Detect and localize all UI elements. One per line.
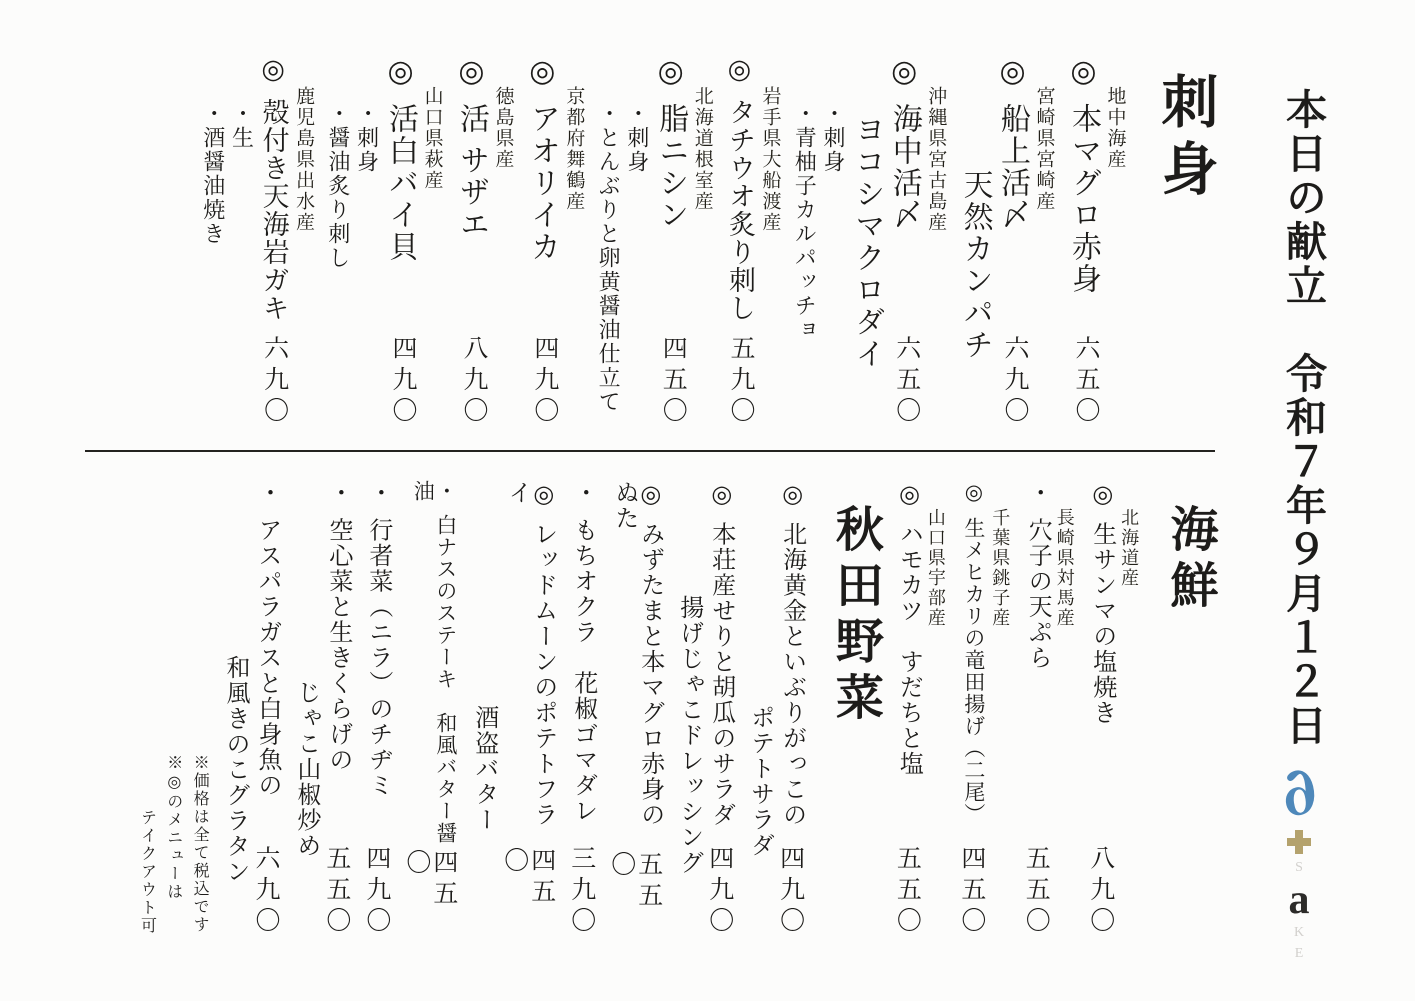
item-origin: 千葉県銚子産 [990,480,1009,938]
item-origin: 鹿児島県出水産 [293,54,314,428]
item-main-line: ◎アオリイカ 四九〇 [525,54,557,428]
item-price: 四九〇 [384,335,416,428]
logo-letter-a: a [1289,882,1310,920]
item-name: アオリイカ [526,103,559,263]
item-sub-option: ・刺身 [625,54,649,428]
item-name: 殻付き天海岩ガキ [259,98,289,322]
item-name-line2: ポテトサラダ [746,480,772,938]
item-marker: ◎ [962,480,986,505]
item-name-line2: 天然カンパチ [958,54,990,428]
item-price: 三九〇 [568,845,595,938]
item-name: 海中活〆 [888,103,921,231]
item-marker: ◎ [526,54,559,91]
item-marker: ◎ [895,480,921,510]
item-price: 六五〇 [887,335,919,428]
menu-item: 地中海産 ◎本マグロ赤身 六五〇 [1067,54,1125,428]
item-price: 六九〇 [996,335,1028,428]
item-sub-option: ・酒醤油焼き [201,54,225,428]
item-name-line2: 酒盗バター [470,480,496,938]
item-main-line: ◎タチウオ炙り刺し 五九〇 [725,54,754,428]
item-main-line: ◎北海黄金といぶりがっこの 四九〇 [777,480,804,938]
item-marker: ◎ [637,480,663,510]
item-origin: 地中海産 [1104,54,1125,428]
section-title-sashimi: 刺身 [1153,54,1215,428]
menu-item: 北海道根室産 ◎脂ニシン 四五〇 ・刺身 ・とんぶりと卵黄醤油仕立て [596,54,711,428]
menu-item: 長崎県対馬産 ・穴子の天ぷら 五五〇 [1022,480,1073,938]
menu-item: ◎北海黄金といぶりがっこの 四九〇 ポテトサラダ [746,480,804,938]
item-name-line2: 揚げじゃこドレッシング [675,480,701,938]
footnote-takeout-1: ※◎のメニューは [165,754,182,938]
item-marker: ◎ [530,480,556,510]
item-name: 活白バイ貝 [384,103,417,263]
item-price: 五五〇 [608,851,662,938]
section-divider [85,450,1215,452]
item-name-line2: 和風きのこグラタン [221,480,247,938]
item-marker: ・ [434,480,458,502]
item-main-line: ・空心菜と生きくらげの 五五〇 [323,480,350,938]
item-main-line: ・白ナスのステーキ 和風バター醤油 四五〇 [403,480,457,938]
item-price: 五五〇 [1022,845,1049,938]
item-origin: 沖縄県宮古島産 [925,54,946,428]
item-origin: 長崎県対馬産 [1054,480,1073,938]
menu-item: 北海道産 ◎生サンマの塩焼き 八九〇 [1087,480,1138,938]
item-name: 行者菜（ニラ）のチヂミ [365,518,391,799]
item-main-line: ◎みずたまと本マグロ赤身のぬた 五五〇 [608,480,662,938]
item-price: 六九〇 [258,335,287,428]
item-sub-option: ・青柚子カルパッチョ [792,54,816,428]
item-origin: 徳島県産 [492,54,513,428]
menu-item: ◎レッドムーンのポテトフライ 四五〇 酒盗バター [470,480,555,938]
menu-item: 千葉県銚子産 ◎生メヒカリの竜田揚げ（二尾） 四五〇 [958,480,1009,938]
item-main-line: ◎海中活〆 六五〇 [887,54,919,428]
item-name: アスパラガスと白身魚の [254,518,280,799]
logo-letter-e: E [1295,947,1304,961]
item-name: 穴子の天ぷら [1024,518,1050,671]
item-main-line: ・アスパラガスと白身魚の 六九〇 [252,480,279,938]
item-name: レッドムーンのポテトフライ [504,480,556,828]
menu-item: ・もちオクラ 花椒ゴマダレ 三九〇 [568,480,595,938]
item-name: ハモカツ すだちと塩 [895,522,921,777]
menu-item: ・白ナスのステーキ 和風バター醤油 四五〇 [403,480,457,938]
item-marker: ◎ [455,54,488,91]
item-marker: ・ [365,480,391,506]
item-marker: ◎ [654,54,687,91]
item-name: 脂ニシン [654,103,687,231]
menu-item: 山口県萩産 ◎活白バイ貝 四九〇 ・刺身 ・醤油炙り刺し [326,54,441,428]
item-name: タチウオ炙り刺し [725,98,755,322]
item-main-line: ◎活 サザエ 八九〇 [455,54,487,428]
item-main-line: ◎ハモカツ すだちと塩 五五〇 [893,480,920,938]
item-sub-option: ・生 [230,54,254,428]
item-name: 北海黄金といぶりがっこの [779,522,805,828]
menu-page: 本日の献立 令和７年９月１２日 ∂ S a K E 刺身 地中海産 ◎本マグロ赤… [0,0,1415,1001]
item-price: 五五〇 [323,845,350,938]
item-price: 四五〇 [501,847,555,938]
item-marker: ◎ [888,54,921,91]
item-sub-option: ・刺身 [821,54,845,428]
item-main-line: ◎本荘産せりと胡瓜のサラダ 四九〇 [706,480,733,938]
item-name: 本マグロ赤身 [1067,103,1100,295]
item-price: 八九〇 [455,335,487,428]
item-marker: ◎ [725,54,755,86]
item-name: 白ナスのステーキ 和風バター醤油 [411,480,458,844]
item-marker: ◎ [708,480,734,510]
item-price: 六五〇 [1067,335,1099,428]
item-main-line: ◎生メヒカリの竜田揚げ（二尾） 四五〇 [958,480,985,938]
item-origin: 京都府舞鶴産 [563,54,584,428]
item-main-line: ◎活白バイ貝 四九〇 [384,54,416,428]
item-main-line: ◎本マグロ赤身 六五〇 [1067,54,1099,428]
item-name: みずたまと本マグロ赤身のぬた [611,480,663,828]
footnote-takeout-2: テイクアウト可 [138,754,155,938]
item-marker: ◎ [779,480,805,510]
item-main-line: ◎脂ニシン 四五〇 [654,54,686,428]
item-main-line: ◎レッドムーンのポテトフライ 四五〇 [501,480,555,938]
item-name-line2: ヨコシマクロダイ [850,54,882,428]
item-sub-option: ・刺身 [355,54,379,428]
page-title: 本日の献立 令和７年９月１２日 [1281,88,1325,748]
item-name: 生サンマの塩焼き [1089,522,1115,726]
footnotes: ※価格は全て税込です ※◎のメニューは テイクアウト可 [138,754,208,938]
menu-item: ・アスパラガスと白身魚の 六九〇 和風きのこグラタン [221,480,279,938]
section-kaisen-and-vegetables: 海鮮 北海道産 ◎生サンマの塩焼き 八九〇 長崎県対馬産 ・穴子の天ぷら 五五〇… [85,480,1215,938]
plus-icon [1287,830,1311,854]
item-price: 四五〇 [654,335,686,428]
item-origin: 宮崎県宮崎産 [1033,54,1054,428]
item-marker: ・ [325,480,351,506]
menu-item: 鹿児島県出水産 ◎殻付き天海岩ガキ 六九〇 ・生 ・酒醤油焼き [201,54,313,428]
item-marker: ◎ [259,54,289,86]
item-price: 四九〇 [706,845,733,938]
item-name: 活 サザエ [455,103,488,241]
menu-item: 宮崎県宮崎産 ◎船上活〆 六九〇 天然カンパチ [958,54,1053,428]
item-sub-option: ・醤油炙り刺し [326,54,350,428]
item-origin: 山口県萩産 [421,54,442,428]
title-block: 本日の献立 令和７年９月１２日 [1281,88,1325,748]
logo-letter-k: K [1294,926,1304,940]
item-origin: 北海道産 [1119,480,1138,938]
item-marker: ・ [570,480,596,506]
item-main-line: ◎船上活〆 六九〇 [996,54,1028,428]
item-main-line: ◎殻付き天海岩ガキ 六九〇 [258,54,287,428]
item-price: 五五〇 [893,845,920,938]
item-name: もちオクラ 花椒ゴマダレ [570,518,596,824]
logo-letter-s: S [1295,861,1303,875]
menu-item: 山口県宇部産 ◎ハモカツ すだちと塩 五五〇 [893,480,944,938]
item-name: 空心菜と生きくらげの [325,518,351,773]
item-origin: 北海道根室産 [691,54,712,428]
footnote-tax: ※価格は全て税込です [191,754,208,938]
item-marker: ◎ [996,54,1029,91]
item-main-line: ◎生サンマの塩焼き 八九〇 [1087,480,1114,938]
item-name: 船上活〆 [996,103,1029,231]
brand-logo: ∂ S a K E [1261,760,1337,961]
menu-item: 沖縄県宮古島産 ◎海中活〆 六五〇 ヨコシマクロダイ ・刺身 ・青柚子カルパッチ… [792,54,945,428]
item-price: 四五〇 [403,849,457,938]
item-price: 五九〇 [725,335,754,428]
menu-item: 岩手県大船渡産 ◎タチウオ炙り刺し 五九〇 [725,54,780,428]
item-price: 四九〇 [363,845,390,938]
item-price: 六九〇 [252,845,279,938]
item-name: 本荘産せりと胡瓜のサラダ [708,522,734,828]
section-sashimi: 刺身 地中海産 ◎本マグロ赤身 六五〇 宮崎県宮崎産 ◎船上活〆 六九〇 天然カ… [85,54,1215,428]
item-main-line: ・もちオクラ 花椒ゴマダレ 三九〇 [568,480,595,938]
item-price: 四九〇 [525,335,557,428]
item-main-line: ・穴子の天ぷら 五五〇 [1022,480,1049,938]
item-main-line: ・行者菜（ニラ）のチヂミ 四九〇 [363,480,390,938]
menu-item: ◎みずたまと本マグロ赤身のぬた 五五〇 [608,480,662,938]
section-title-akita-vegetables: 秋田野菜 [829,480,881,938]
item-marker: ・ [1024,480,1050,506]
item-price: 八九〇 [1087,845,1114,938]
item-name: 生メヒカリの竜田揚げ（二尾） [962,517,986,825]
item-marker: ・ [254,480,280,506]
menu-item: 徳島県産 ◎活 サザエ 八九〇 [455,54,513,428]
item-name-line2: じゃこ山椒炒め [292,480,318,938]
menu-item: ・行者菜（ニラ）のチヂミ 四九〇 [363,480,390,938]
item-marker: ◎ [1067,54,1100,91]
item-marker: ◎ [384,54,417,91]
menu-item: 京都府舞鶴産 ◎アオリイカ 四九〇 [525,54,583,428]
menu-item: ・空心菜と生きくらげの 五五〇 じゃこ山椒炒め [292,480,350,938]
sake-brush-icon: ∂ [1274,757,1323,826]
item-price: 四五〇 [958,845,985,938]
item-price: 四九〇 [777,845,804,938]
menu-item: ◎本荘産せりと胡瓜のサラダ 四九〇 揚げじゃこドレッシング [675,480,733,938]
item-marker: ◎ [1089,480,1115,510]
item-origin: 岩手県大船渡産 [759,54,780,428]
section-title-kaisen: 海鮮 [1163,480,1215,938]
item-origin: 山口県宇部産 [925,480,944,938]
item-sub-option: ・とんぶりと卵黄醤油仕立て [596,54,620,428]
